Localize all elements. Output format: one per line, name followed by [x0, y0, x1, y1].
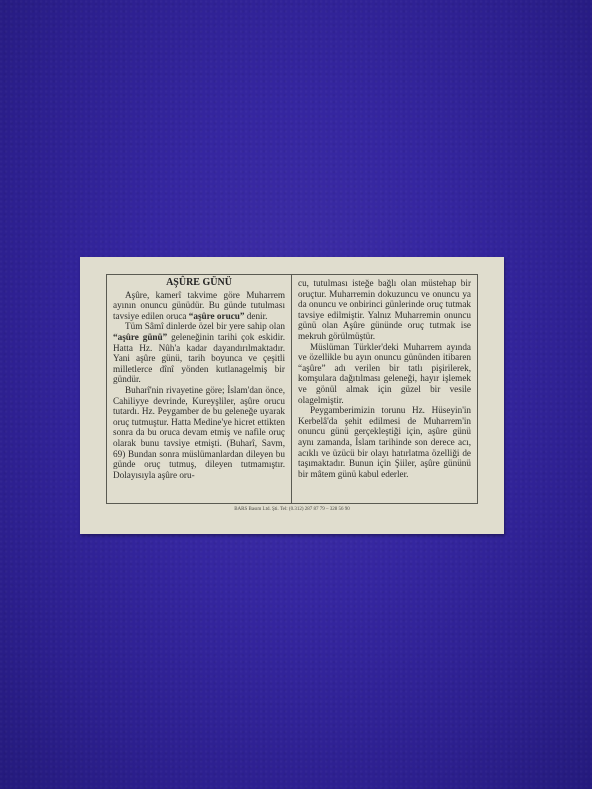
article-title: AŞÛRE GÜNÜ: [113, 278, 285, 289]
paragraph-4: cu, tutulması isteğe bağlı olan müstehap…: [298, 278, 471, 342]
article-column-left: AŞÛRE GÜNÜ Aşûre, kamerî takvime göre Mu…: [107, 275, 292, 503]
newspaper-clipping: AŞÛRE GÜNÜ Aşûre, kamerî takvime göre Mu…: [80, 257, 504, 534]
article-frame: AŞÛRE GÜNÜ Aşûre, kamerî takvime göre Mu…: [106, 274, 478, 504]
paragraph-6: Peygamberimizin torunu Hz. Hüseyin'in Ke…: [298, 405, 471, 479]
paragraph-3: Buharî'nin rivayetine göre; İslam'dan ön…: [113, 385, 285, 480]
paragraph-1: Aşûre, kamerî takvime göre Muharrem ayın…: [113, 290, 285, 322]
article-column-right: cu, tutulması isteğe bağlı olan müstehap…: [292, 275, 477, 503]
paragraph-5: Müslüman Türkler'deki Muharrem ayında ve…: [298, 342, 471, 406]
paragraph-2: Tüm Sâmî dinlerde özel bir yere sahip ol…: [113, 321, 285, 385]
printer-footer: BARS Basım Ltd. Şti. Tel: (0.312) 287 87…: [80, 507, 504, 512]
